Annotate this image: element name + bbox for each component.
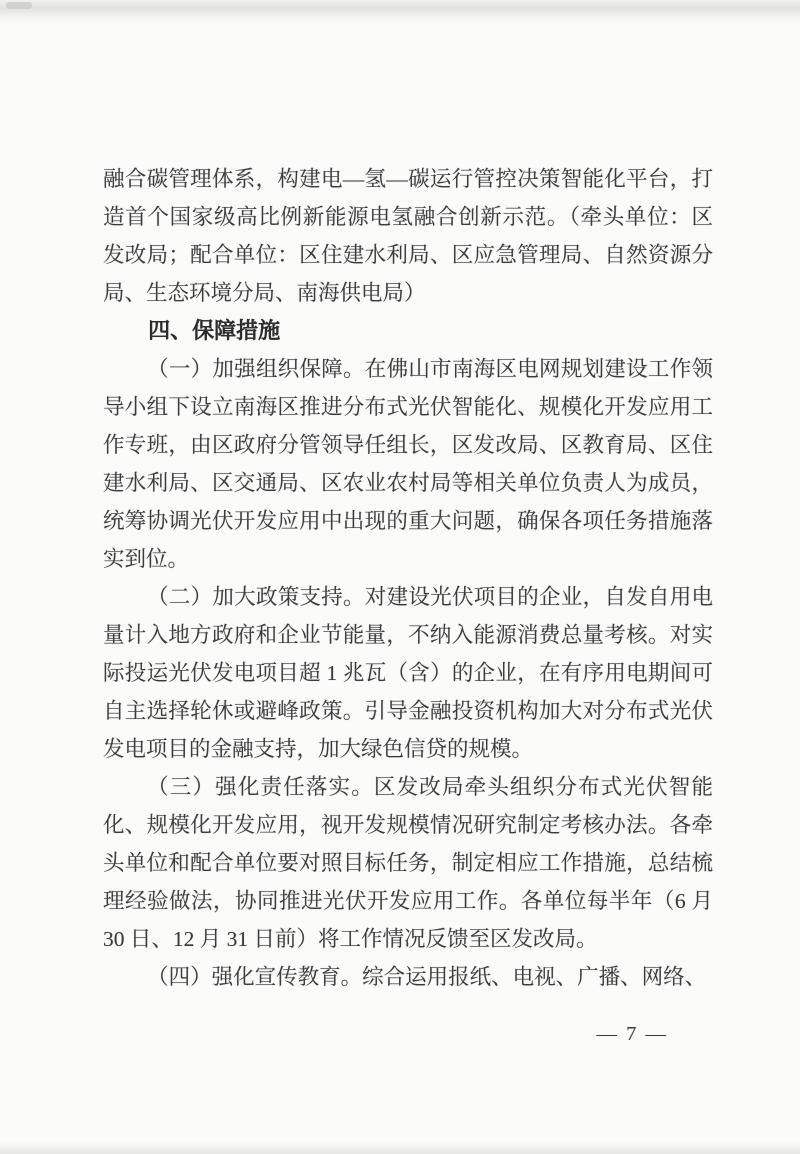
paragraph-item-4: （四）强化宣传教育。综合运用报纸、电视、广播、网络、: [103, 958, 713, 996]
paragraph-item-2: （二）加大政策支持。对建设光伏项目的企业，自发自用电量计入地方政府和企业节能量，…: [103, 578, 713, 768]
section-heading: 四、保障措施: [103, 312, 713, 350]
paragraph-continuation: 融合碳管理体系，构建电—氢—碳运行管控决策智能化平台，打造首个国家级高比例新能源…: [103, 160, 713, 312]
scan-artifact: [6, 2, 32, 9]
document-body: 融合碳管理体系，构建电—氢—碳运行管控决策智能化平台，打造首个国家级高比例新能源…: [103, 160, 713, 996]
scan-edge-bottom: [0, 1142, 800, 1154]
paragraph-item-3: （三）强化责任落实。区发改局牵头组织分布式光伏智能化、规模化开发应用，视开发规模…: [103, 768, 713, 958]
paragraph-item-1: （一）加强组织保障。在佛山市南海区电网规划建设工作领导小组下设立南海区推进分布式…: [103, 350, 713, 578]
scan-edge-top: [0, 0, 800, 26]
page-number: — 7 —: [597, 1020, 669, 1048]
scanned-document-page: 融合碳管理体系，构建电—氢—碳运行管控决策智能化平台，打造首个国家级高比例新能源…: [0, 0, 800, 1154]
